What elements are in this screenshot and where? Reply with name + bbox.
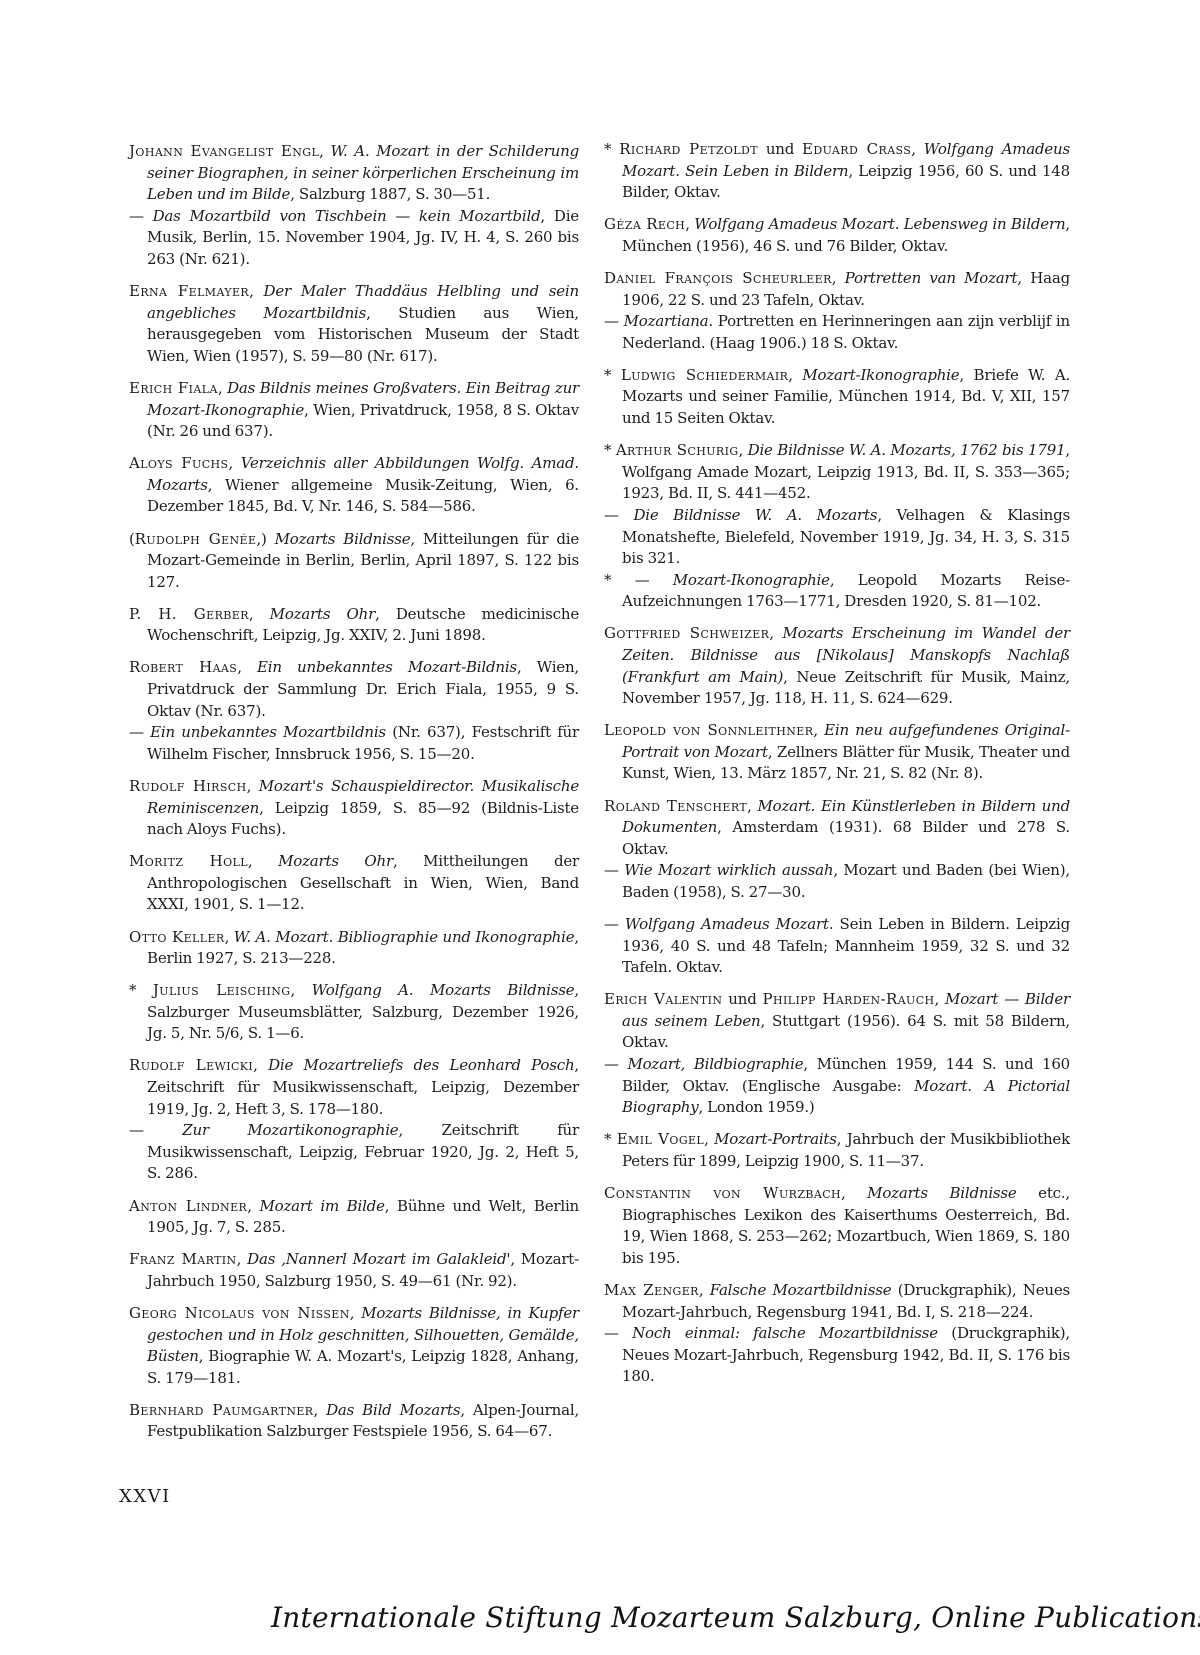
entry-text: , xyxy=(228,454,240,472)
work-title: Das Mozartbild von Tischbein — kein Moza… xyxy=(153,207,541,225)
entry-text: * — xyxy=(604,571,673,589)
bib-entry: — Mozartiana. Portretten en Herinneringe… xyxy=(604,311,1070,354)
entry-text: , xyxy=(237,658,257,676)
entry-text: , xyxy=(704,1130,714,1148)
bib-entry: * Richard Petzoldt und Eduard Crass, Wol… xyxy=(604,139,1070,204)
work-title: Mozarts Bildnisse xyxy=(275,530,411,548)
author-name: Julius Leisching xyxy=(153,981,291,999)
bib-entry: Aloys Fuchs, Verzeichnis aller Abbildung… xyxy=(129,453,579,518)
work-title: Noch einmal: falsche Mozartbildnisse xyxy=(632,1324,938,1342)
author-name: Otto Keller xyxy=(129,928,225,946)
entry-text: , xyxy=(832,269,845,287)
author-name: Aloys Fuchs xyxy=(129,454,228,472)
entry-text: — xyxy=(604,312,624,330)
work-title: Wie Mozart wirklich aussah xyxy=(624,861,833,879)
entry-text: , Wiener allgemeine Musik-Zeitung, Wien,… xyxy=(147,476,579,516)
entry-text: , xyxy=(249,605,270,623)
work-title: Das Bild Mozarts xyxy=(326,1401,460,1419)
bib-entry: * — Mozart-Ikonographie, Leopold Mozarts… xyxy=(604,570,1070,613)
entry-text: — xyxy=(129,723,150,741)
work-title: Mozarts Bildnisse xyxy=(867,1184,1016,1202)
author-name: Emil Vogel xyxy=(617,1130,704,1148)
work-title: Die Bildnisse W. A. Mozarts, 1762 bis 17… xyxy=(748,441,1066,459)
entry-text: , xyxy=(350,1304,361,1322)
entry-text: , xyxy=(911,140,923,158)
bib-entry: — Ein unbekanntes Mozartbildnis (Nr. 637… xyxy=(129,722,579,765)
entry-text: , xyxy=(218,379,227,397)
author-name: Rudolf Hirsch xyxy=(129,777,247,795)
bib-entry: Otto Keller, W. A. Mozart. Bibliographie… xyxy=(129,927,579,970)
author-name: Géza Rech xyxy=(604,215,685,233)
work-title: Wolfgang Amadeus Mozart xyxy=(625,915,829,933)
work-title: Zur Mozartikonographie xyxy=(182,1121,398,1139)
entry-text: und xyxy=(758,140,802,158)
entry-text: — xyxy=(604,915,625,933)
entry-text: — xyxy=(129,1121,182,1139)
bib-entry: — Wie Mozart wirklich aussah, Mozart und… xyxy=(604,860,1070,903)
bib-entry: Georg Nicolaus von Nissen, Mozarts Bildn… xyxy=(129,1303,579,1389)
author-name: Georg Nicolaus von Nissen xyxy=(129,1304,350,1322)
author-name: Johann Evangelist Engl xyxy=(129,142,319,160)
entry-text: , xyxy=(769,624,782,642)
work-title: Portretten van Mozart xyxy=(845,269,1018,287)
author-name: Arthur Schurig xyxy=(616,441,739,459)
author-name: Rudolph Genée xyxy=(135,530,257,548)
entry-text: — xyxy=(604,861,624,879)
page-number: XXVI xyxy=(119,1486,171,1507)
author-name: Bernhard Paumgartner xyxy=(129,1401,313,1419)
author-name: Erich Fiala xyxy=(129,379,218,397)
author-name: Roland Tenschert xyxy=(604,797,747,815)
work-title: Mozarts Ohr xyxy=(278,852,393,870)
entry-text: , xyxy=(935,990,946,1008)
author-name: Philipp Harden-Rauch xyxy=(763,990,935,1008)
author-name: Eduard Crass xyxy=(802,140,911,158)
entry-text: , xyxy=(249,282,263,300)
author-name: Richard Petzoldt xyxy=(619,140,758,158)
work-title: Falsche Mozartbildnisse xyxy=(710,1281,892,1299)
author-name: P. H. Gerber xyxy=(129,605,249,623)
entry-text: , xyxy=(685,215,694,233)
bib-entry: Erna Felmayer, Der Maler Thaddäus Helbli… xyxy=(129,281,579,367)
entry-text: , Salzburg 1887, S. 30—51. xyxy=(290,185,490,203)
bib-entry: Max Zenger, Falsche Mozartbildnisse (Dru… xyxy=(604,1280,1070,1323)
bib-entry: Roland Tenschert, Mozart. Ein Künstlerle… xyxy=(604,796,1070,861)
entry-text: ,) xyxy=(256,530,274,548)
bib-entry: Géza Rech, Wolfgang Amadeus Mozart. Lebe… xyxy=(604,214,1070,257)
footer-credit: Internationale Stiftung Mozarteum Salzbu… xyxy=(271,1601,1200,1634)
entry-text: , xyxy=(747,797,757,815)
author-name: Leopold von Sonnleithner xyxy=(604,721,813,739)
bib-entry: * Emil Vogel, Mozart-Portraits, Jahrbuch… xyxy=(604,1129,1070,1172)
entry-text: , Biographie W. A. Mozart's, Leipzig 182… xyxy=(147,1347,579,1387)
bib-entry: Bernhard Paumgartner, Das Bild Mozarts, … xyxy=(129,1400,579,1443)
bib-entry: — Mozart, Bildbiographie, München 1959, … xyxy=(604,1054,1070,1119)
entry-text: * xyxy=(129,981,153,999)
bib-entry: Daniel François Scheurleer, Portretten v… xyxy=(604,268,1070,311)
work-title: Mozartiana xyxy=(624,312,709,330)
work-title: Mozarts Ohr xyxy=(270,605,375,623)
scanned-bibliography-page: Johann Evangelist Engl, W. A. Mozart in … xyxy=(0,0,1200,1655)
bib-entry: Rudolf Lewicki, Die Mozartreliefs des Le… xyxy=(129,1055,579,1120)
entry-text: , xyxy=(739,441,748,459)
bib-entry: Leopold von Sonnleithner, Ein neu aufgef… xyxy=(604,720,1070,785)
author-name: Constantin von Wurzbach xyxy=(604,1184,841,1202)
entry-text: , xyxy=(788,366,802,384)
entry-text: , London 1959.) xyxy=(699,1098,815,1116)
work-title: Mozart-Ikonographie xyxy=(802,366,959,384)
work-title: Mozart, Bildbiographie xyxy=(627,1055,803,1073)
bib-entry: Erich Fiala, Das Bildnis meines Großvate… xyxy=(129,378,579,443)
work-title: Mozart im Bilde xyxy=(259,1197,384,1215)
entry-text: , xyxy=(247,1197,259,1215)
entry-text: * xyxy=(604,1130,617,1148)
author-name: Anton Lindner xyxy=(129,1197,247,1215)
bib-entry: Moritz Holl, Mozarts Ohr, Mittheilungen … xyxy=(129,851,579,916)
bib-entry: — Wolfgang Amadeus Mozart. Sein Leben in… xyxy=(604,914,1070,979)
work-title: Wolfgang A. Mozarts Bildnisse xyxy=(312,981,575,999)
entry-text: * xyxy=(604,441,616,459)
author-name: Franz Martin xyxy=(129,1250,237,1268)
author-name: Ludwig Schiedermair xyxy=(621,366,788,384)
author-name: Moritz Holl xyxy=(129,852,248,870)
work-title: W. A. Mozart. Bibliographie und Ikonogra… xyxy=(234,928,575,946)
entry-text: * xyxy=(604,140,619,158)
bib-entry: * Ludwig Schiedermair, Mozart-Ikonograph… xyxy=(604,365,1070,430)
entry-text: , xyxy=(699,1281,710,1299)
author-name: Rudolf Lewicki xyxy=(129,1056,253,1074)
bib-entry: Rudolf Hirsch, Mozart's Schauspieldirect… xyxy=(129,776,579,841)
bibliography-column-left: Johann Evangelist Engl, W. A. Mozart in … xyxy=(129,141,579,1443)
bib-entry: Constantin von Wurzbach, Mozarts Bildnis… xyxy=(604,1183,1070,1269)
bib-entry: Franz Martin, Das ‚Nannerl Mozart im Gal… xyxy=(129,1249,579,1292)
bib-entry: — Zur Mozartikonographie, Zeitschrift fü… xyxy=(129,1120,579,1185)
bib-entry: Gottfried Schweizer, Mozarts Erscheinung… xyxy=(604,623,1070,709)
entry-text: und xyxy=(722,990,762,1008)
bib-entry: Erich Valentin und Philipp Harden-Rauch,… xyxy=(604,989,1070,1054)
entry-text: , xyxy=(248,852,278,870)
bib-entry: P. H. Gerber, Mozarts Ohr, Deutsche medi… xyxy=(129,604,579,647)
author-name: Erich Valentin xyxy=(604,990,722,1008)
entry-text: , xyxy=(319,142,330,160)
work-title: Mozart-Ikonographie xyxy=(673,571,830,589)
author-name: Max Zenger xyxy=(604,1281,699,1299)
work-title: Ein unbekanntes Mozart-Bildnis xyxy=(257,658,517,676)
entry-text: , xyxy=(253,1056,268,1074)
bib-entry: — Die Bildnisse W. A. Mozarts, Velhagen … xyxy=(604,505,1070,570)
work-title: Die Mozartreliefs des Leonhard Posch xyxy=(268,1056,574,1074)
bib-entry: (Rudolph Genée,) Mozarts Bildnisse, Mitt… xyxy=(129,529,579,594)
entry-text: , xyxy=(841,1184,867,1202)
bib-entry: — Noch einmal: falsche Mozartbildnisse (… xyxy=(604,1323,1070,1388)
bib-entry: Robert Haas, Ein unbekanntes Mozart-Bild… xyxy=(129,657,579,722)
work-title: Mozart-Portraits xyxy=(714,1130,837,1148)
entry-text: , xyxy=(237,1250,248,1268)
work-title: Die Bildnisse W. A. Mozarts xyxy=(633,506,877,524)
entry-text: — xyxy=(604,1055,627,1073)
entry-text: , xyxy=(290,981,311,999)
bib-entry: — Das Mozartbild von Tischbein — kein Mo… xyxy=(129,206,579,271)
author-name: Gottfried Schweizer xyxy=(604,624,769,642)
entry-text: — xyxy=(129,207,153,225)
entry-text: — xyxy=(604,1324,632,1342)
entry-text: , xyxy=(247,777,259,795)
entry-text: , xyxy=(313,1401,326,1419)
author-name: Erna Felmayer xyxy=(129,282,249,300)
bibliography-column-right: * Richard Petzoldt und Eduard Crass, Wol… xyxy=(604,139,1070,1388)
entry-text: , xyxy=(225,928,234,946)
entry-text: — xyxy=(604,506,633,524)
author-name: Daniel François Scheurleer xyxy=(604,269,832,287)
entry-text: , xyxy=(813,721,824,739)
bib-entry: * Julius Leisching, Wolfgang A. Mozarts … xyxy=(129,980,579,1045)
bib-entry: Johann Evangelist Engl, W. A. Mozart in … xyxy=(129,141,579,206)
work-title: Das ‚Nannerl Mozart im Galakleid' xyxy=(247,1250,510,1268)
author-name: Robert Haas xyxy=(129,658,237,676)
bib-entry: Anton Lindner, Mozart im Bilde, Bühne un… xyxy=(129,1196,579,1239)
work-title: Wolfgang Amadeus Mozart. Lebensweg in Bi… xyxy=(694,215,1065,233)
bib-entry: * Arthur Schurig, Die Bildnisse W. A. Mo… xyxy=(604,440,1070,505)
work-title: Ein unbekanntes Mozartbildnis xyxy=(150,723,386,741)
entry-text: * xyxy=(604,366,621,384)
